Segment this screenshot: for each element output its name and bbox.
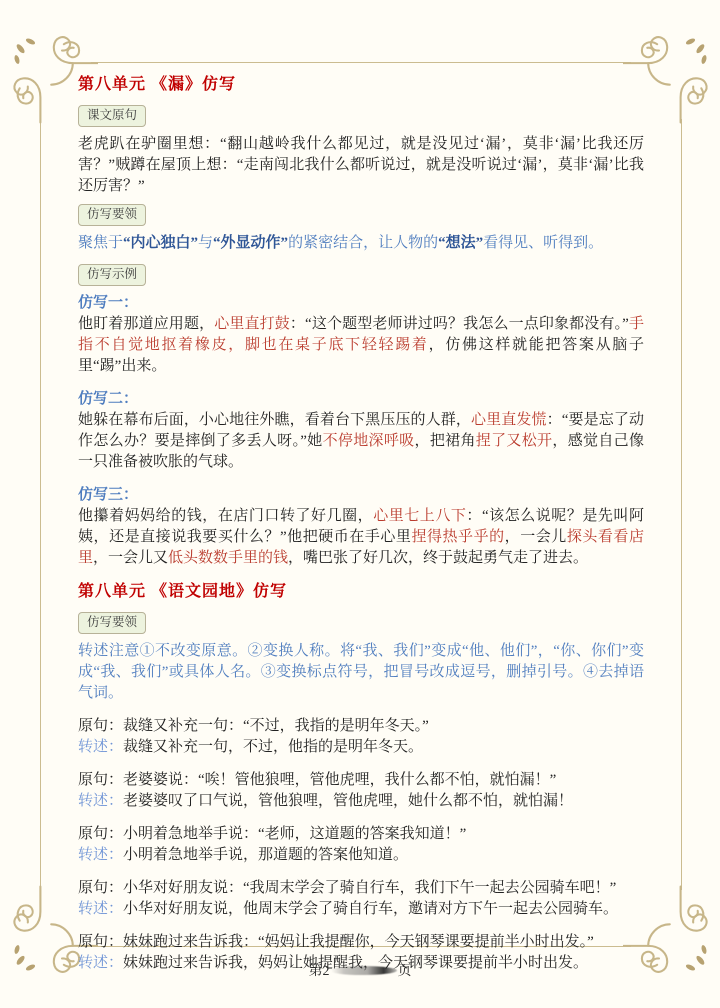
original-line: 原句：老婆婆说：“唉！管他狼哩，管他虎哩，我什么都不怕，就怕漏！” bbox=[78, 770, 644, 791]
retell-pair: 原句：小明着急地举手说：“老师，这道题的答案我知道！” 转述：小明着急地举手说，… bbox=[78, 824, 644, 866]
orig-text: 老婆婆说：“唉！管他狼哩，管他虎哩，我什么都不怕，就怕漏！” bbox=[123, 772, 556, 788]
original-line: 原句：裁缝又补充一句：“不过，我指的是明年冬天。” bbox=[78, 716, 644, 737]
retell-label: 转述： bbox=[78, 739, 123, 755]
section1-title: 第八单元 《漏》仿写 bbox=[78, 76, 644, 93]
original-line: 原句：妹妹跑过来告诉我：“妈妈让我提醒你，今天钢琴课要提前半小时出发。” bbox=[78, 932, 644, 953]
retell-text: 老婆婆叹了口气说，管他狼哩，管他虎哩，她什么都不怕，就怕漏！ bbox=[123, 793, 573, 809]
retell-text: 小明着急地举手说，那道题的答案他知道。 bbox=[123, 847, 408, 863]
orig-label: 原句： bbox=[78, 826, 123, 842]
worksheet-content: 第八单元 《漏》仿写 课文原句 老虎趴在驴圈里想：“翻山越岭我什么都见过，就是没… bbox=[78, 76, 644, 986]
orig-text: 裁缝又补充一句：“不过，我指的是明年冬天。” bbox=[123, 718, 429, 734]
badge-row: 仿写要领 bbox=[78, 204, 644, 226]
retell-pair: 原句：老婆婆说：“唉！管他狼哩，管他虎哩，我什么都不怕，就怕漏！” 转述：老婆婆… bbox=[78, 770, 644, 812]
example-block: 仿写二： 她躲在幕布后面，小心地往外瞧，看着台下黑压压的人群，心里直发慌：“要是… bbox=[78, 389, 644, 473]
orig-label: 原句： bbox=[78, 880, 123, 896]
retell-pair: 原句：小华对好朋友说：“我周末学会了骑自行车，我们下午一起去公园骑车吧！” 转述… bbox=[78, 878, 644, 920]
badge-examples: 仿写示例 bbox=[78, 264, 146, 286]
essentials-2-text: 转述注意①不改变原意。②变换人称。将“我、我们”变成“他、他们”，“你、你们”变… bbox=[78, 641, 644, 704]
badge-row: 仿写要领 bbox=[78, 612, 644, 634]
badge-row: 课文原句 bbox=[78, 105, 644, 127]
orig-text: 小华对好朋友说：“我周末学会了骑自行车，我们下午一起去公园骑车吧！” bbox=[123, 880, 616, 896]
page-number-prefix: 第2 bbox=[309, 964, 330, 979]
retell-text: 小华对好朋友说，他周末学会了骑自行车，邀请对方下午一起去公园骑车。 bbox=[123, 901, 618, 917]
orig-text: 妹妹跑过来告诉我：“妈妈让我提醒你，今天钢琴课要提前半小时出发。” bbox=[123, 934, 594, 950]
retell-text: 裁缝又补充一句，不过，他指的是明年冬天。 bbox=[123, 739, 423, 755]
retell-label: 转述： bbox=[78, 901, 123, 917]
retell-line: 转述：老婆婆叹了口气说，管他狼哩，管他虎哩，她什么都不怕，就怕漏！ bbox=[78, 791, 644, 812]
retell-line: 转述：裁缝又补充一句，不过，他指的是明年冬天。 bbox=[78, 737, 644, 758]
original-sentence-text: 老虎趴在驴圈里想：“翻山越岭我什么都见过，就是没见过‘漏’，莫非‘漏’比我还厉害… bbox=[78, 134, 644, 197]
example-text: 他盯着那道应用题，心里直打鼓：“这个题型老师讲过吗？我怎么一点印象都没有。”手指… bbox=[78, 314, 644, 377]
retell-label: 转述： bbox=[78, 847, 123, 863]
example-block: 仿写一： 他盯着那道应用题，心里直打鼓：“这个题型老师讲过吗？我怎么一点印象都没… bbox=[78, 293, 644, 377]
example-block: 仿写三： 他攥着妈妈给的钱，在店门口转了好几圈，心里七上八下：“该怎么说呢？是先… bbox=[78, 485, 644, 569]
orig-text: 小明着急地举手说：“老师，这道题的答案我知道！” bbox=[123, 826, 466, 842]
orig-label: 原句： bbox=[78, 934, 123, 950]
page-number-suffix: 页 bbox=[398, 964, 412, 979]
badge-essentials-1: 仿写要领 bbox=[78, 204, 146, 226]
essentials-1-text: 聚焦于“内心独白”与“外显动作”的紧密结合，让人物的“想法”看得见、听得到。 bbox=[78, 233, 644, 254]
page-number-smudge bbox=[331, 966, 397, 975]
example-label: 仿写二： bbox=[78, 389, 644, 410]
page-footer: 第2页 bbox=[0, 960, 720, 980]
retell-pair: 原句：裁缝又补充一句：“不过，我指的是明年冬天。” 转述：裁缝又补充一句，不过，… bbox=[78, 716, 644, 758]
section2-title: 第八单元 《语文园地》仿写 bbox=[78, 583, 644, 600]
orig-label: 原句： bbox=[78, 718, 123, 734]
original-line: 原句：小明着急地举手说：“老师，这道题的答案我知道！” bbox=[78, 824, 644, 845]
worksheet-page: { "colors": { "accent_red": "#c00000", "… bbox=[0, 0, 720, 1008]
badge-essentials-2: 仿写要领 bbox=[78, 612, 146, 634]
retell-line: 转述：小明着急地举手说，那道题的答案他知道。 bbox=[78, 845, 644, 866]
example-text: 他攥着妈妈给的钱，在店门口转了好几圈，心里七上八下：“该怎么说呢？是先叫阿姨，还… bbox=[78, 506, 644, 569]
retell-label: 转述： bbox=[78, 793, 123, 809]
example-label: 仿写三： bbox=[78, 485, 644, 506]
example-text: 她躲在幕布后面，小心地往外瞧，看着台下黑压压的人群，心里直发慌：“要是忘了动作怎… bbox=[78, 410, 644, 473]
examples-list: 仿写一： 他盯着那道应用题，心里直打鼓：“这个题型老师讲过吗？我怎么一点印象都没… bbox=[78, 293, 644, 569]
badge-row: 仿写示例 bbox=[78, 264, 644, 286]
orig-label: 原句： bbox=[78, 772, 123, 788]
retell-pairs-list: 原句：裁缝又补充一句：“不过，我指的是明年冬天。” 转述：裁缝又补充一句，不过，… bbox=[78, 716, 644, 974]
example-label: 仿写一： bbox=[78, 293, 644, 314]
badge-original-sentence: 课文原句 bbox=[78, 105, 146, 127]
retell-line: 转述：小华对好朋友说，他周末学会了骑自行车，邀请对方下午一起去公园骑车。 bbox=[78, 899, 644, 920]
original-line: 原句：小华对好朋友说：“我周末学会了骑自行车，我们下午一起去公园骑车吧！” bbox=[78, 878, 644, 899]
